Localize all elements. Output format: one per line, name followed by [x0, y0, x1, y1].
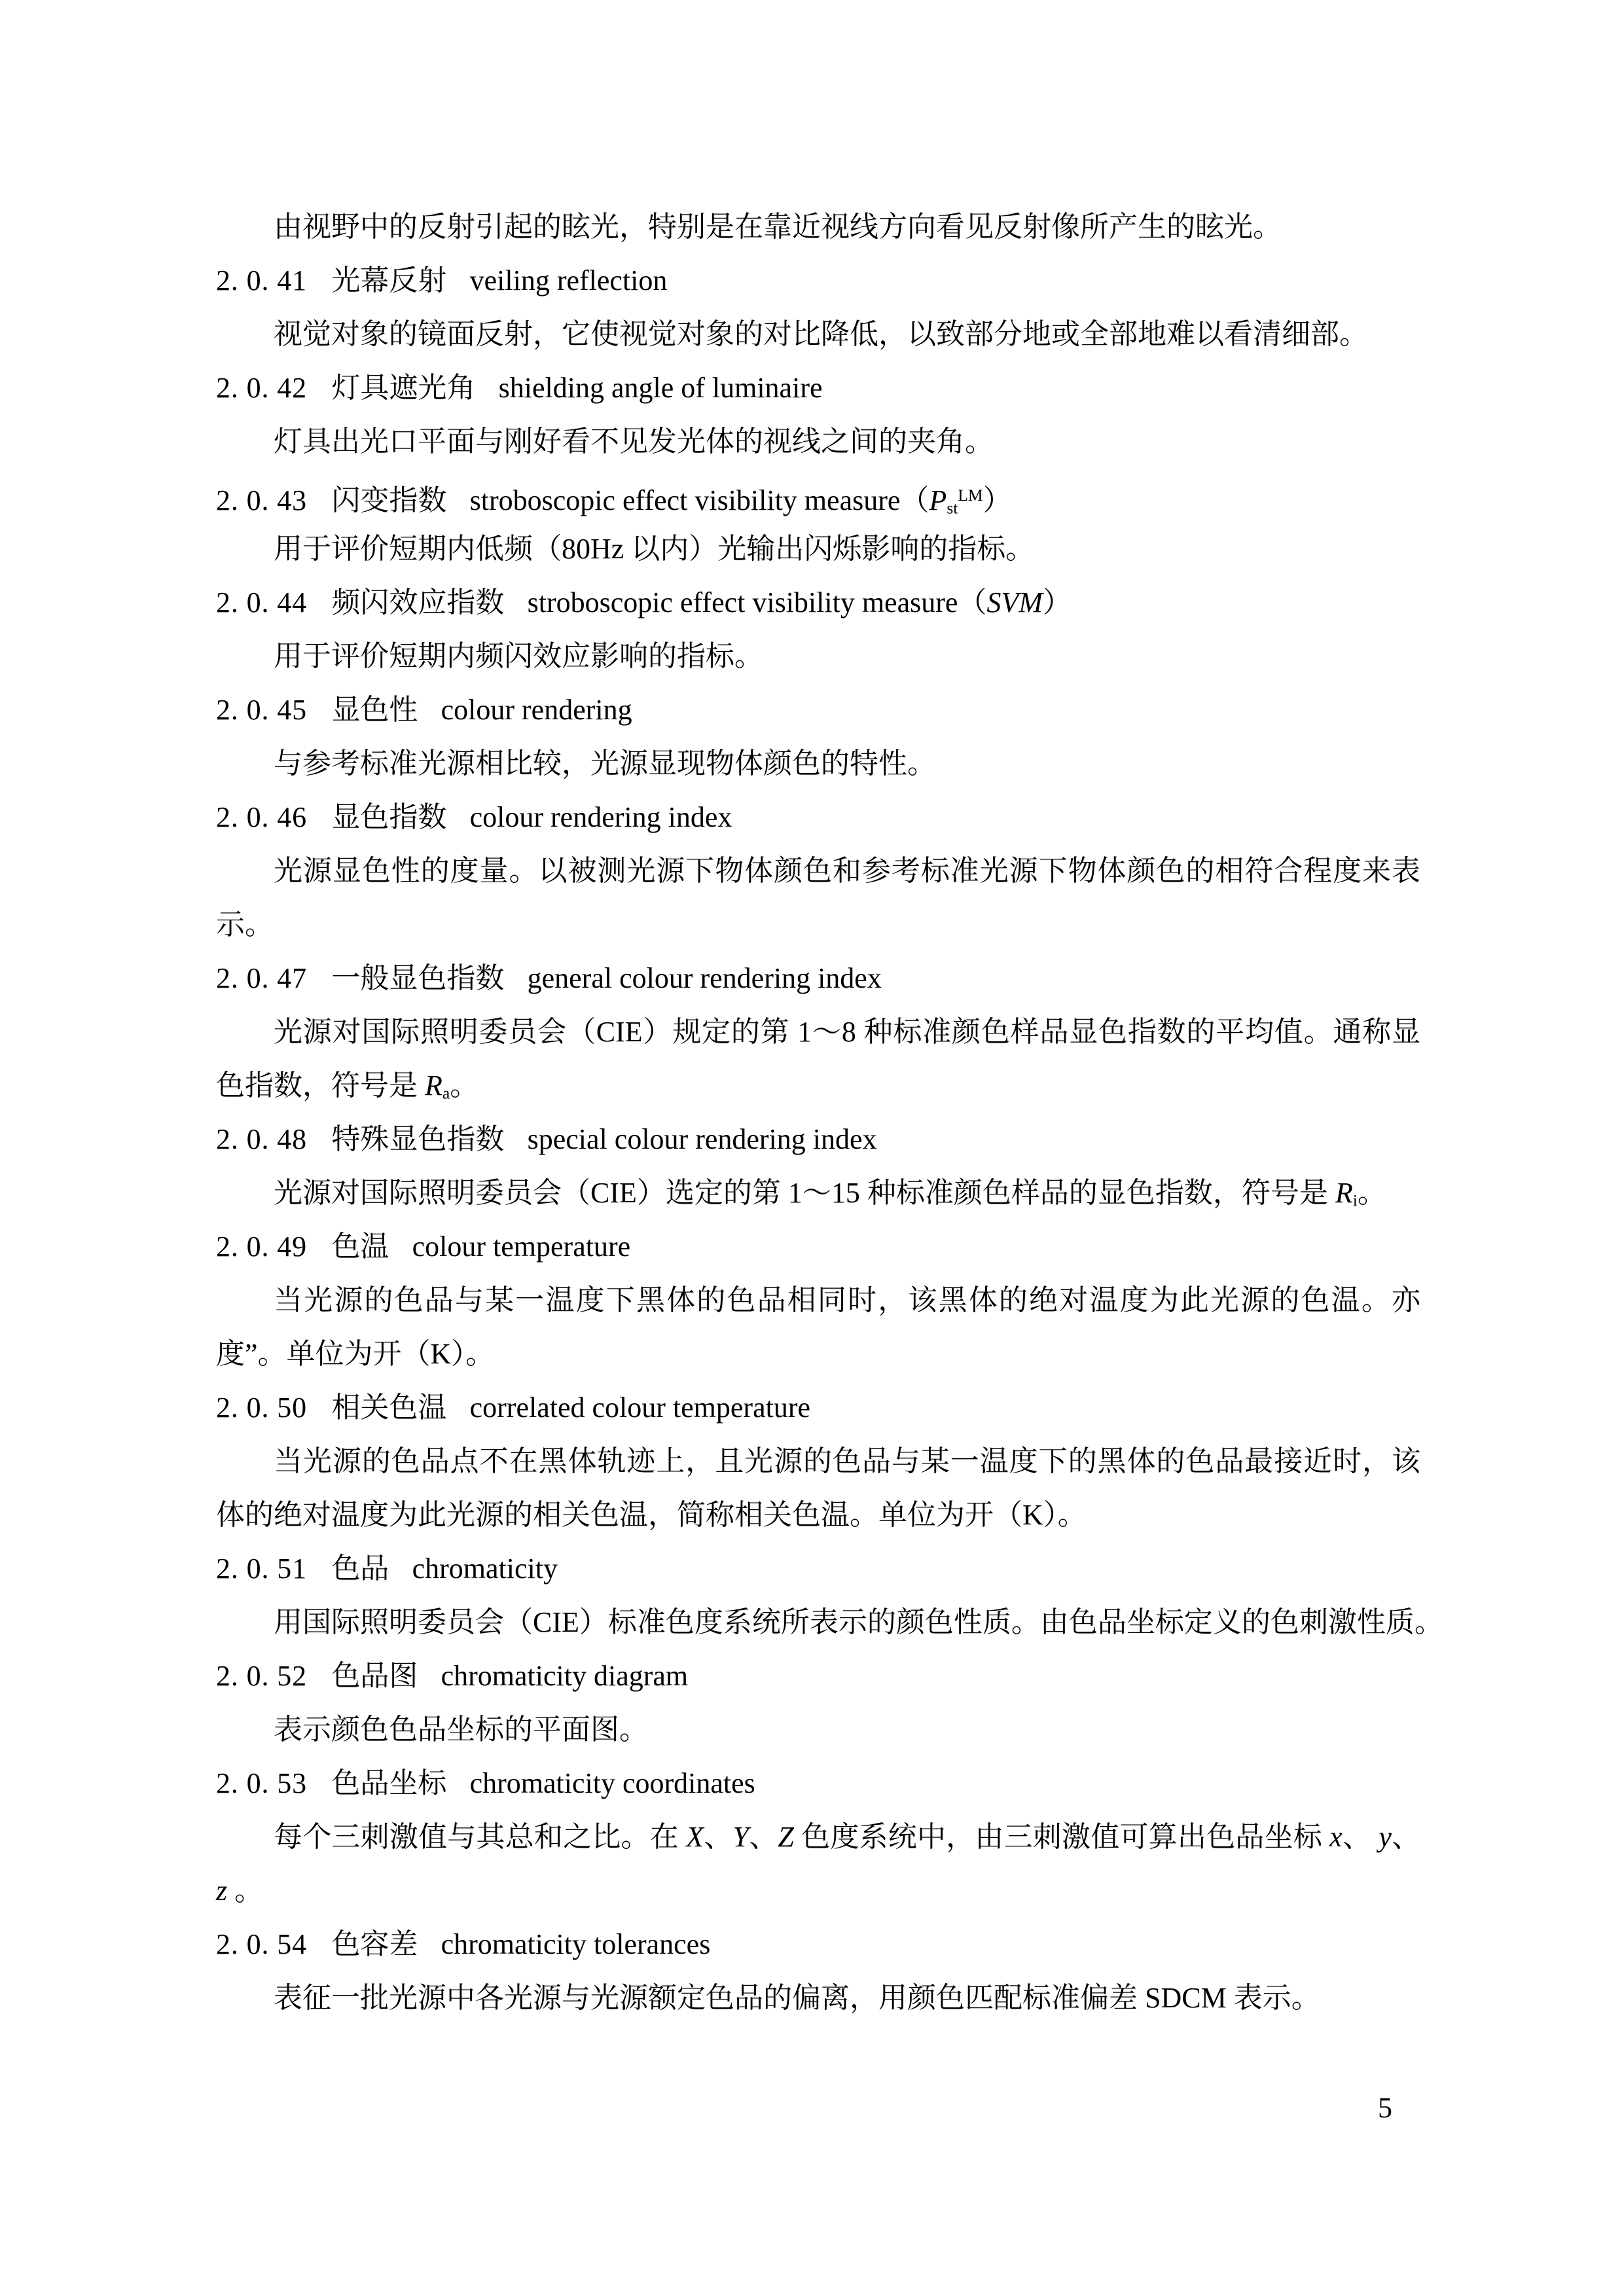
- text-run: 光源对国际照明委员会（CIE）选定的第 1～15 种标准颜色样品的显色指数，符号…: [274, 1177, 1335, 1209]
- term-name-zh: 闪变指数: [331, 484, 446, 516]
- term-name-zh: 色温: [331, 1230, 389, 1263]
- text-run: 色指数，符号是: [216, 1069, 425, 1102]
- definition-line: 表征一批光源中各光源与光源额定色品的偏离，用颜色匹配标准偏差 SDCM 表示。: [216, 1971, 1420, 2025]
- term-heading: 2. 0. 45显色性colour rendering: [216, 683, 1420, 737]
- definition-line: 与参考标准光源相比较，光源显现物体颜色的特性。: [216, 737, 1420, 791]
- term-name-en: general colour rendering index: [528, 962, 882, 994]
- text-run: ）: [983, 484, 1012, 516]
- definition-line: 由视野中的反射引起的眩光，特别是在靠近视线方向看见反射像所产生的眩光。: [216, 200, 1420, 254]
- term-number: 2. 0. 52: [216, 1660, 307, 1692]
- definition-line: 光源对国际照明委员会（CIE）规定的第 1～8 种标准颜色样品显色指数的平均值。…: [216, 1005, 1420, 1059]
- term-name-zh: 灯具遮光角: [331, 372, 475, 404]
- superscript: LM: [958, 486, 983, 505]
- text-run: 示。: [216, 908, 274, 941]
- text-run: （: [958, 586, 986, 619]
- term-number: 2. 0. 49: [216, 1230, 307, 1263]
- term-name-en: stroboscopic effect visibility measure: [470, 484, 901, 516]
- document-page: 由视野中的反射引起的眩光，特别是在靠近视线方向看见反射像所产生的眩光。2. 0.…: [0, 0, 1624, 2296]
- text-run: 。: [450, 1069, 478, 1102]
- subscript: i: [1353, 1191, 1358, 1210]
- text-run: 、: [704, 1821, 732, 1853]
- definition-line: 度”。单位为开（K）。: [216, 1327, 1420, 1381]
- definition-line: 当光源的色品点不在黑体轨迹上，且光源的色品与某一温度下的黑体的色品最接近时，该黑: [216, 1435, 1420, 1488]
- italic-symbol: Z: [778, 1821, 793, 1853]
- italic-symbol: P: [929, 484, 947, 516]
- definition-line: 体的绝对温度为此光源的相关色温，简称相关色温。单位为开（K）。: [216, 1488, 1420, 1542]
- term-name-zh: 相关色温: [331, 1391, 446, 1424]
- definition-line: z 。: [216, 1864, 1420, 1918]
- italic-symbol: Y: [733, 1821, 749, 1853]
- term-heading: 2. 0. 41光幕反射veiling reflection: [216, 254, 1420, 308]
- italic-symbol: z: [216, 1874, 227, 1907]
- subscript: st: [947, 499, 958, 518]
- term-name-zh: 显色指数: [331, 801, 446, 833]
- term-name-zh: 色品: [331, 1552, 389, 1585]
- term-name-en: colour temperature: [412, 1230, 631, 1263]
- term-number: 2. 0. 42: [216, 372, 307, 404]
- term-name-en: chromaticity diagram: [441, 1660, 689, 1692]
- term-name-zh: 一般显色指数: [331, 962, 504, 994]
- text-run: ）: [1043, 586, 1072, 619]
- term-name-zh: 色容差: [331, 1928, 418, 1960]
- definition-line: 表示颜色色品坐标的平面图。: [216, 1703, 1420, 1757]
- italic-symbol: X: [686, 1821, 704, 1853]
- text-run: 、: [749, 1821, 778, 1853]
- text-run: 体的绝对温度为此光源的相关色温，简称相关色温。单位为开（K）。: [216, 1499, 1087, 1531]
- term-heading: 2. 0. 46显色指数colour rendering index: [216, 791, 1420, 844]
- term-number: 2. 0. 47: [216, 962, 307, 994]
- text-run: 、: [1392, 1821, 1420, 1853]
- text-run: 当光源的色品点不在黑体轨迹上，且光源的色品与某一温度下的黑体的色品最接近时，该黑: [216, 1445, 1420, 1488]
- term-number: 2. 0. 45: [216, 694, 307, 726]
- definition-line: 用于评价短期内低频（80Hz 以内）光输出闪烁影响的指标。: [216, 522, 1420, 576]
- term-heading: 2. 0. 54色容差chromaticity tolerances: [216, 1918, 1420, 1971]
- text-run: 用国际照明委员会（CIE）标准色度系统所表示的颜色性质。由色品坐标定义的色刺激性…: [274, 1606, 1443, 1638]
- term-heading: 2. 0. 52色品图chromaticity diagram: [216, 1649, 1420, 1703]
- text-run: 当光源的色品与某一温度下黑体的色品相同时，该黑体的绝对温度为此光源的色温。亦称“…: [216, 1284, 1420, 1327]
- italic-symbol: R: [1335, 1177, 1353, 1209]
- text-run: 。: [227, 1874, 263, 1907]
- term-number: 2. 0. 54: [216, 1928, 307, 1960]
- text-run: 表示颜色色品坐标的平面图。: [274, 1713, 648, 1746]
- term-heading: 2. 0. 53色品坐标chromaticity coordinates: [216, 1757, 1420, 1810]
- term-heading: 2. 0. 42灯具遮光角shielding angle of luminair…: [216, 361, 1420, 415]
- term-number: 2. 0. 53: [216, 1767, 307, 1799]
- term-name-en: special colour rendering index: [528, 1123, 877, 1155]
- term-number: 2. 0. 43: [216, 484, 307, 516]
- definition-line: 视觉对象的镜面反射，它使视觉对象的对比降低，以致部分地或全部地难以看清细部。: [216, 308, 1420, 361]
- text-run: 表征一批光源中各光源与光源额定色品的偏离，用颜色匹配标准偏差 SDCM 表示。: [274, 1982, 1320, 2014]
- italic-symbol: SVM: [986, 586, 1043, 619]
- term-heading: 2. 0. 48特殊显色指数special colour rendering i…: [216, 1113, 1420, 1166]
- definition-line: 示。: [216, 898, 1420, 952]
- text-run: 与参考标准光源相比较，光源显现物体颜色的特性。: [274, 747, 936, 780]
- italic-symbol: x: [1329, 1821, 1343, 1853]
- definition-line: 灯具出光口平面与刚好看不见发光体的视线之间的夹角。: [216, 415, 1420, 469]
- term-name-zh: 色品坐标: [331, 1767, 446, 1799]
- document-content: 由视野中的反射引起的眩光，特别是在靠近视线方向看见反射像所产生的眩光。2. 0.…: [216, 200, 1420, 2025]
- text-run: （: [900, 484, 929, 516]
- term-heading: 2. 0. 50相关色温correlated colour temperatur…: [216, 1381, 1420, 1435]
- term-name-zh: 光幕反射: [331, 264, 446, 296]
- definition-line: 用于评价短期内频闪效应影响的指标。: [216, 630, 1420, 683]
- term-number: 2. 0. 48: [216, 1123, 307, 1155]
- text-run: 每个三刺激值与其总和之比。在: [274, 1821, 686, 1853]
- definition-line: 当光源的色品与某一温度下黑体的色品相同时，该黑体的绝对温度为此光源的色温。亦称“…: [216, 1274, 1420, 1327]
- term-name-zh: 特殊显色指数: [331, 1123, 504, 1155]
- term-name-zh: 频闪效应指数: [331, 586, 504, 619]
- text-run: 色度系统中，由三刺激值可算出色品坐标: [794, 1821, 1329, 1853]
- term-name-en: colour rendering index: [470, 801, 732, 833]
- term-heading: 2. 0. 44频闪效应指数stroboscopic effect visibi…: [216, 576, 1420, 630]
- text-run: 度”。单位为开（K）。: [216, 1338, 494, 1370]
- subscript: a: [442, 1084, 450, 1103]
- term-name-en: veiling reflection: [470, 264, 668, 296]
- term-number: 2. 0. 41: [216, 264, 307, 296]
- term-name-en: colour rendering: [441, 694, 632, 726]
- term-heading: 2. 0. 51色品chromaticity: [216, 1542, 1420, 1596]
- term-number: 2. 0. 50: [216, 1391, 307, 1424]
- definition-line: 光源对国际照明委员会（CIE）选定的第 1～15 种标准颜色样品的显色指数，符号…: [216, 1166, 1420, 1220]
- term-heading: 2. 0. 49色温colour temperature: [216, 1220, 1420, 1274]
- text-run: 、: [1343, 1821, 1379, 1853]
- term-number: 2. 0. 46: [216, 801, 307, 833]
- term-name-en: correlated colour temperature: [470, 1391, 810, 1424]
- term-heading: 2. 0. 47一般显色指数general colour rendering i…: [216, 952, 1420, 1005]
- term-name-en: shielding angle of luminaire: [499, 372, 823, 404]
- text-run: 灯具出光口平面与刚好看不见发光体的视线之间的夹角。: [274, 425, 994, 457]
- definition-line: 每个三刺激值与其总和之比。在 X、Y、Z 色度系统中，由三刺激值可算出色品坐标 …: [216, 1810, 1420, 1864]
- text-run: 用于评价短期内低频（80Hz 以内）光输出闪烁影响的指标。: [274, 533, 1034, 565]
- term-name-zh: 显色性: [331, 694, 418, 726]
- term-heading: 2. 0. 43闪变指数stroboscopic effect visibili…: [216, 469, 1420, 522]
- italic-symbol: y: [1379, 1821, 1392, 1853]
- definition-line: 光源显色性的度量。以被测光源下物体颜色和参考标准光源下物体颜色的相符合程度来表: [216, 844, 1420, 898]
- text-run: 。: [1358, 1177, 1386, 1209]
- definition-line: 用国际照明委员会（CIE）标准色度系统所表示的颜色性质。由色品坐标定义的色刺激性…: [216, 1596, 1420, 1649]
- text-run: 用于评价短期内频闪效应影响的指标。: [274, 640, 763, 672]
- term-name-en: chromaticity: [412, 1552, 558, 1585]
- term-name-en: chromaticity tolerances: [441, 1928, 711, 1960]
- text-run: 光源对国际照明委员会（CIE）规定的第 1～8 种标准颜色样品显色指数的平均值。…: [274, 1016, 1420, 1048]
- text-run: 由视野中的反射引起的眩光，特别是在靠近视线方向看见反射像所产生的眩光。: [274, 211, 1282, 243]
- page-number: 5: [1378, 2092, 1392, 2125]
- term-name-en: chromaticity coordinates: [470, 1767, 755, 1799]
- text-run: 光源显色性的度量。以被测光源下物体颜色和参考标准光源下物体颜色的相符合程度来表: [274, 855, 1420, 887]
- italic-symbol: R: [425, 1069, 442, 1102]
- term-name-zh: 色品图: [331, 1660, 418, 1692]
- term-name-en: stroboscopic effect visibility measure: [528, 586, 958, 619]
- term-number: 2. 0. 51: [216, 1552, 307, 1585]
- term-number: 2. 0. 44: [216, 586, 307, 619]
- definition-line: 色指数，符号是 Ra。: [216, 1059, 1420, 1113]
- text-run: 视觉对象的镜面反射，它使视觉对象的对比降低，以致部分地或全部地难以看清细部。: [274, 318, 1368, 350]
